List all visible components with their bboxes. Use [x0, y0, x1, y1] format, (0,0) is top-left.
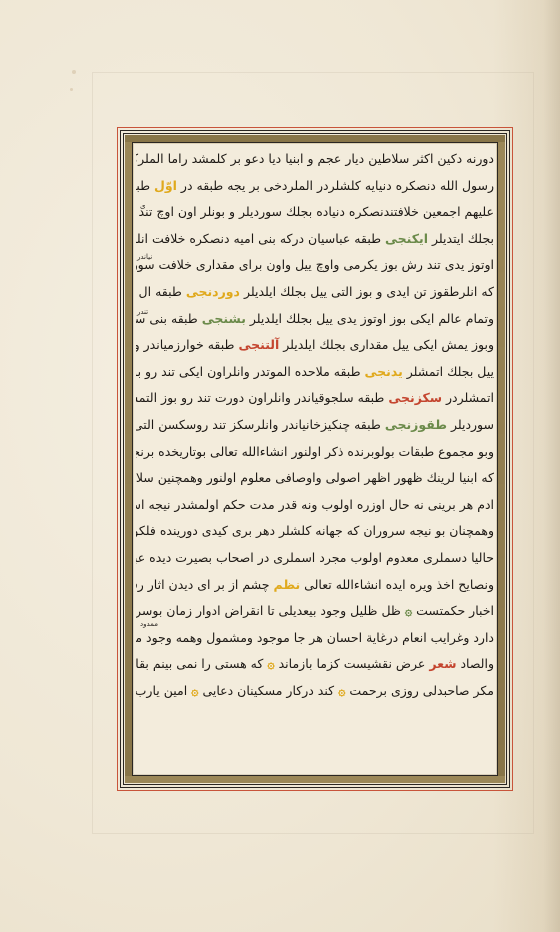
text-segment: چشم از بر ای دیدن اثار رفتکان — [136, 577, 274, 592]
text-line: سوردیلر طقوزنجی طبقه چنکیزخانیاندر وانلر… — [136, 412, 494, 439]
text-line: دورنه دکین اکثر سلاطین دیار عجم و ابنیا … — [136, 146, 494, 173]
text-segment: ونصایح اخذ ویره ایده انشاءالله تعالی — [300, 577, 494, 592]
text-segment: طبقه ملاحده الموتدر وانلراون ایکی تند رو… — [136, 364, 365, 379]
rubric-heading: شعر — [429, 656, 456, 671]
text-line: وبوز یمش ایکی ییل مقداری بجلك ایلدیلر آل… — [136, 332, 494, 359]
text-segment: طبقه چنکیزخانیاندر وانلرسکز تند روسکسن ا… — [136, 417, 385, 432]
rubric-heading: دوردنجی — [186, 284, 240, 299]
text-line: دارد وغرایب انعام درغایة احسان هر جا موج… — [136, 625, 494, 652]
rubric-heading: آلتنجی — [238, 337, 279, 352]
text-segment: علیهم اجمعین خلافتندنصکره دنیاده بجلك سو… — [136, 204, 494, 219]
text-line: ونصایح اخذ ویره ایده انشاءالله تعالی نظم… — [136, 572, 494, 599]
text-segment: ادم هر برینی نه حال اوزره اولوب ونه قدر … — [136, 497, 494, 512]
text-segment: عرض نقشیست کزما بازماند — [275, 656, 430, 671]
text-segment: که هستی را نمی بینم بقایی — [136, 656, 267, 671]
text-segment: دورنه دکین اکثر سلاطین دیار عجم و ابنیا … — [136, 151, 494, 166]
margin-note: تندر — [137, 308, 148, 316]
text-line: وتمام عالم ایکی بوز اوتوز یدی ییل بجلك ا… — [136, 306, 494, 333]
text-line: اوتوز یدی تند رش بوز یکرمی واوچ ییل واون… — [136, 252, 494, 279]
text-segment: ظل ظلیل وجود بیعدیلی تا انقراض ادوار زما… — [136, 603, 405, 618]
text-line: علیهم اجمعین خلافتندنصکره دنیاده بجلك سو… — [136, 199, 494, 226]
text-line: ییل بجلك اتمشلر یدنجی طبقه ملاحده الموتد… — [136, 359, 494, 386]
text-segment: طبقه عباسیان درکه بنی امیه دنصکره خلافت … — [136, 231, 385, 246]
rubric-heading: طقوزنجی — [385, 417, 447, 432]
text-segment: طبقه سلجوقیاندر وانلراون دورت تند رو بوز… — [136, 390, 388, 405]
text-line: والصاد شعر عرض نقشیست کزما بازماند ۞ که … — [136, 651, 494, 678]
text-segment: طبقه خوارزمیاندر وانلرطقوز تند رو بوز او… — [136, 337, 238, 352]
paper-stain — [72, 70, 76, 74]
text-segment: امین یارب العالمین — [136, 683, 191, 698]
text-segment: اخبار حکمتست — [412, 603, 494, 618]
text-line: وهمچنان بو نیجه سروران که جهانه کلشلر ده… — [136, 518, 494, 545]
text-segment: وبوز یمش ایکی ییل مقداری بجلك ایلدیلر — [279, 337, 494, 352]
text-segment: که انلرطقوز تن ایدی و بوز التی ییل بجلك … — [240, 284, 494, 299]
text-line: حالیا دسملری معدوم اولوب مجرد اسملری در … — [136, 545, 494, 572]
text-segment: دارد وغرایب انعام درغایة احسان هر جا موج… — [136, 630, 494, 645]
text-segment: طبقه بنی امیه که چهار یار رضوان الله — [136, 178, 154, 193]
verse-marker: ۞ — [267, 656, 274, 671]
margin-note: نیاندر — [137, 253, 152, 261]
text-block: دورنه دکین اکثر سلاطین دیار عجم و ابنیا … — [136, 146, 494, 704]
text-segment: کند درکار مسکینان دعایی — [198, 683, 338, 698]
text-line: وبو مجموع طبقات بولوبرنده ذکر اولنور انش… — [136, 439, 494, 466]
rubric-heading: اوّل — [154, 178, 177, 193]
text-segment: مکر صاحبدلی روزی برحمت — [345, 683, 494, 698]
text-segment: ییل بجلك اتمشلر — [403, 364, 494, 379]
text-segment: که ابنیا لرینك ظهور اظهر اصولی واوصافی م… — [136, 470, 494, 485]
text-line: اخبار حکمتست ۞ ظل ظلیل وجود بیعدیلی تا ا… — [136, 598, 494, 625]
rubric-heading: بشنجی — [202, 311, 246, 326]
rubric-heading: نظم — [274, 577, 301, 592]
text-segment: وتمام عالم ایکی بوز اوتوز یدی ییل بجلك ا… — [246, 311, 494, 326]
margin-note: ی — [140, 202, 145, 210]
text-line: رسول الله دنصکره دنیایه کلشلردر الملردخی… — [136, 173, 494, 200]
margin-note: ممدود — [140, 620, 158, 628]
rubric-heading: یدنجی — [365, 364, 403, 379]
rubric-heading: سکزنجی — [388, 390, 442, 405]
rubric-heading: ایکنجی — [385, 231, 428, 246]
text-line: مکر صاحبدلی روزی برحمت ۞ کند درکار مسکین… — [136, 678, 494, 705]
text-segment: بجلك ایتدیلر — [428, 231, 494, 246]
text-line: ادم هر برینی نه حال اوزره اولوب ونه قدر … — [136, 492, 494, 519]
text-line: بجلك ایتدیلر ایکنجی طبقه عباسیان درکه بن… — [136, 226, 494, 253]
text-line: که ابنیا لرینك ظهور اظهر اصولی واوصافی م… — [136, 465, 494, 492]
text-segment: رسول الله دنصکره دنیایه کلشلردر الملردخی… — [177, 178, 494, 193]
text-line: اتمشلردر سکزنجی طبقه سلجوقیاندر وانلراون… — [136, 385, 494, 412]
text-segment: طبقه ال بویه درکه انلراون التی تند ر — [136, 284, 186, 299]
text-line: که انلرطقوز تن ایدی و بوز التی ییل بجلك … — [136, 279, 494, 306]
text-segment: سوردیلر — [447, 417, 494, 432]
text-segment: والصاد — [456, 656, 494, 671]
text-segment: حالیا دسملری معدوم اولوب مجرد اسملری در … — [136, 550, 494, 565]
text-segment: اوتوز یدی تند رش بوز یکرمی واوچ ییل واون… — [136, 257, 494, 272]
text-segment: وبو مجموع طبقات بولوبرنده ذکر اولنور انش… — [136, 444, 494, 459]
manuscript-page: دورنه دکین اکثر سلاطین دیار عجم و ابنیا … — [0, 0, 560, 932]
text-segment: اتمشلردر — [442, 390, 494, 405]
paper-stain — [70, 88, 73, 91]
text-segment: وهمچنان بو نیجه سروران که جهانه کلشلر ده… — [136, 523, 494, 538]
